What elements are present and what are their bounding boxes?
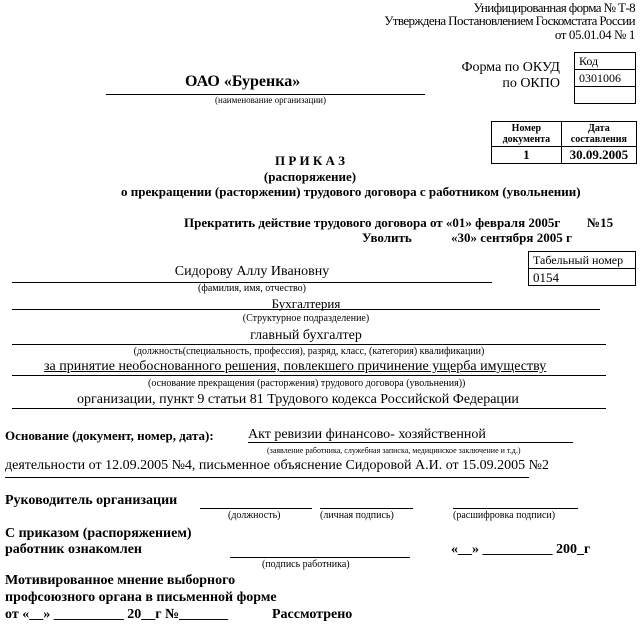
termination-reason-line1[interactable]: за принятие необоснованного решения, пов… <box>44 359 546 375</box>
reason-underline <box>12 375 606 376</box>
document-date[interactable]: 30.09.2005 <box>561 147 636 164</box>
employee-signature-line[interactable] <box>230 557 410 558</box>
document-info-table: Номер документа Дата составления 1 30.09… <box>491 121 637 164</box>
document-subject: о прекращении (расторжении) трудового до… <box>121 184 581 200</box>
dismiss-label: Уволить <box>362 230 412 246</box>
position[interactable]: главный бухгалтер <box>12 328 600 344</box>
document-subtitle: (распоряжение) <box>250 169 370 185</box>
head-decoding-line[interactable] <box>453 508 578 509</box>
okud-label: Форма по ОКУД <box>461 60 560 76</box>
acknowledgement-line2: работник ознакомлен <box>5 542 142 558</box>
employee-signature-caption: (подпись работника) <box>262 559 350 570</box>
contract-number[interactable]: №15 <box>587 215 613 231</box>
acknowledgement-line1: С приказом (распоряжением) <box>5 526 192 542</box>
organization-name[interactable]: ОАО «Буренка» <box>185 73 300 91</box>
document-title: П Р И К А З <box>250 153 370 169</box>
termination-reason-line2[interactable]: организации, пункт 9 статьи 81 Трудового… <box>77 392 519 408</box>
department-caption: (Структурное подразделение) <box>12 313 600 324</box>
basis-caption: (заявление работника, служебная записка,… <box>267 446 521 455</box>
head-position-caption: (должность) <box>228 510 281 521</box>
codes-table: Код 0301006 <box>574 52 636 104</box>
tab-number-header: Табельный номер <box>529 252 636 269</box>
acknowledgement-date[interactable]: «__» __________ 200_г <box>451 542 590 558</box>
head-signature-caption: (личная подпись) <box>320 510 394 521</box>
tab-number-table: Табельный номер 0154 <box>528 251 636 286</box>
head-label: Руководитель организации <box>5 493 177 509</box>
basis-label: Основание (документ, номер, дата): <box>5 428 214 444</box>
basis-line2-underline <box>5 477 529 478</box>
reason-line2-underline <box>12 408 606 409</box>
code-header: Код <box>575 53 636 70</box>
employee-name-caption: (фамилия, имя, отчество) <box>12 283 492 294</box>
termination-reason-caption: (основание прекращения (расторжения) тру… <box>148 378 465 389</box>
position-underline <box>12 344 606 345</box>
union-opinion-line1: Мотивированное мнение выборного <box>5 573 235 589</box>
okpo-value[interactable] <box>575 87 636 104</box>
position-caption: (должность(специальность, профессия), ра… <box>12 346 606 357</box>
employee-full-name[interactable]: Сидорову Аллу Ивановну <box>12 264 492 280</box>
union-opinion-date[interactable]: от «__» __________ 20__г №_______ <box>5 607 228 623</box>
contract-termination-line[interactable]: Прекратить действие трудового договора о… <box>184 215 560 231</box>
document-number[interactable]: 1 <box>492 147 562 164</box>
basis-line2[interactable]: деятельности от 12.09.2005 №4, письменно… <box>5 458 549 474</box>
union-opinion-line2: профсоюзного органа в письменной форме <box>5 590 277 606</box>
dismiss-date[interactable]: «30» сентября 2005 г <box>451 230 572 246</box>
basis-underline <box>248 442 573 443</box>
basis-line1[interactable]: Акт ревизии финансово- хозяйственной <box>248 427 486 443</box>
union-reviewed: Рассмотрено <box>272 607 352 623</box>
okud-value[interactable]: 0301006 <box>575 70 636 87</box>
form-reference-line3: от 05.01.04 № 1 <box>555 27 635 43</box>
okpo-label: по ОКПО <box>502 76 560 92</box>
department-underline <box>12 309 600 310</box>
head-signature-line[interactable] <box>320 508 413 509</box>
organization-caption: (наименование организации) <box>215 95 326 105</box>
head-position-line[interactable] <box>200 508 312 509</box>
tab-number-value[interactable]: 0154 <box>529 269 636 286</box>
head-decoding-caption: (расшифровка подписи) <box>453 510 555 521</box>
document-date-header: Дата составления <box>561 122 636 147</box>
document-number-header: Номер документа <box>492 122 562 147</box>
